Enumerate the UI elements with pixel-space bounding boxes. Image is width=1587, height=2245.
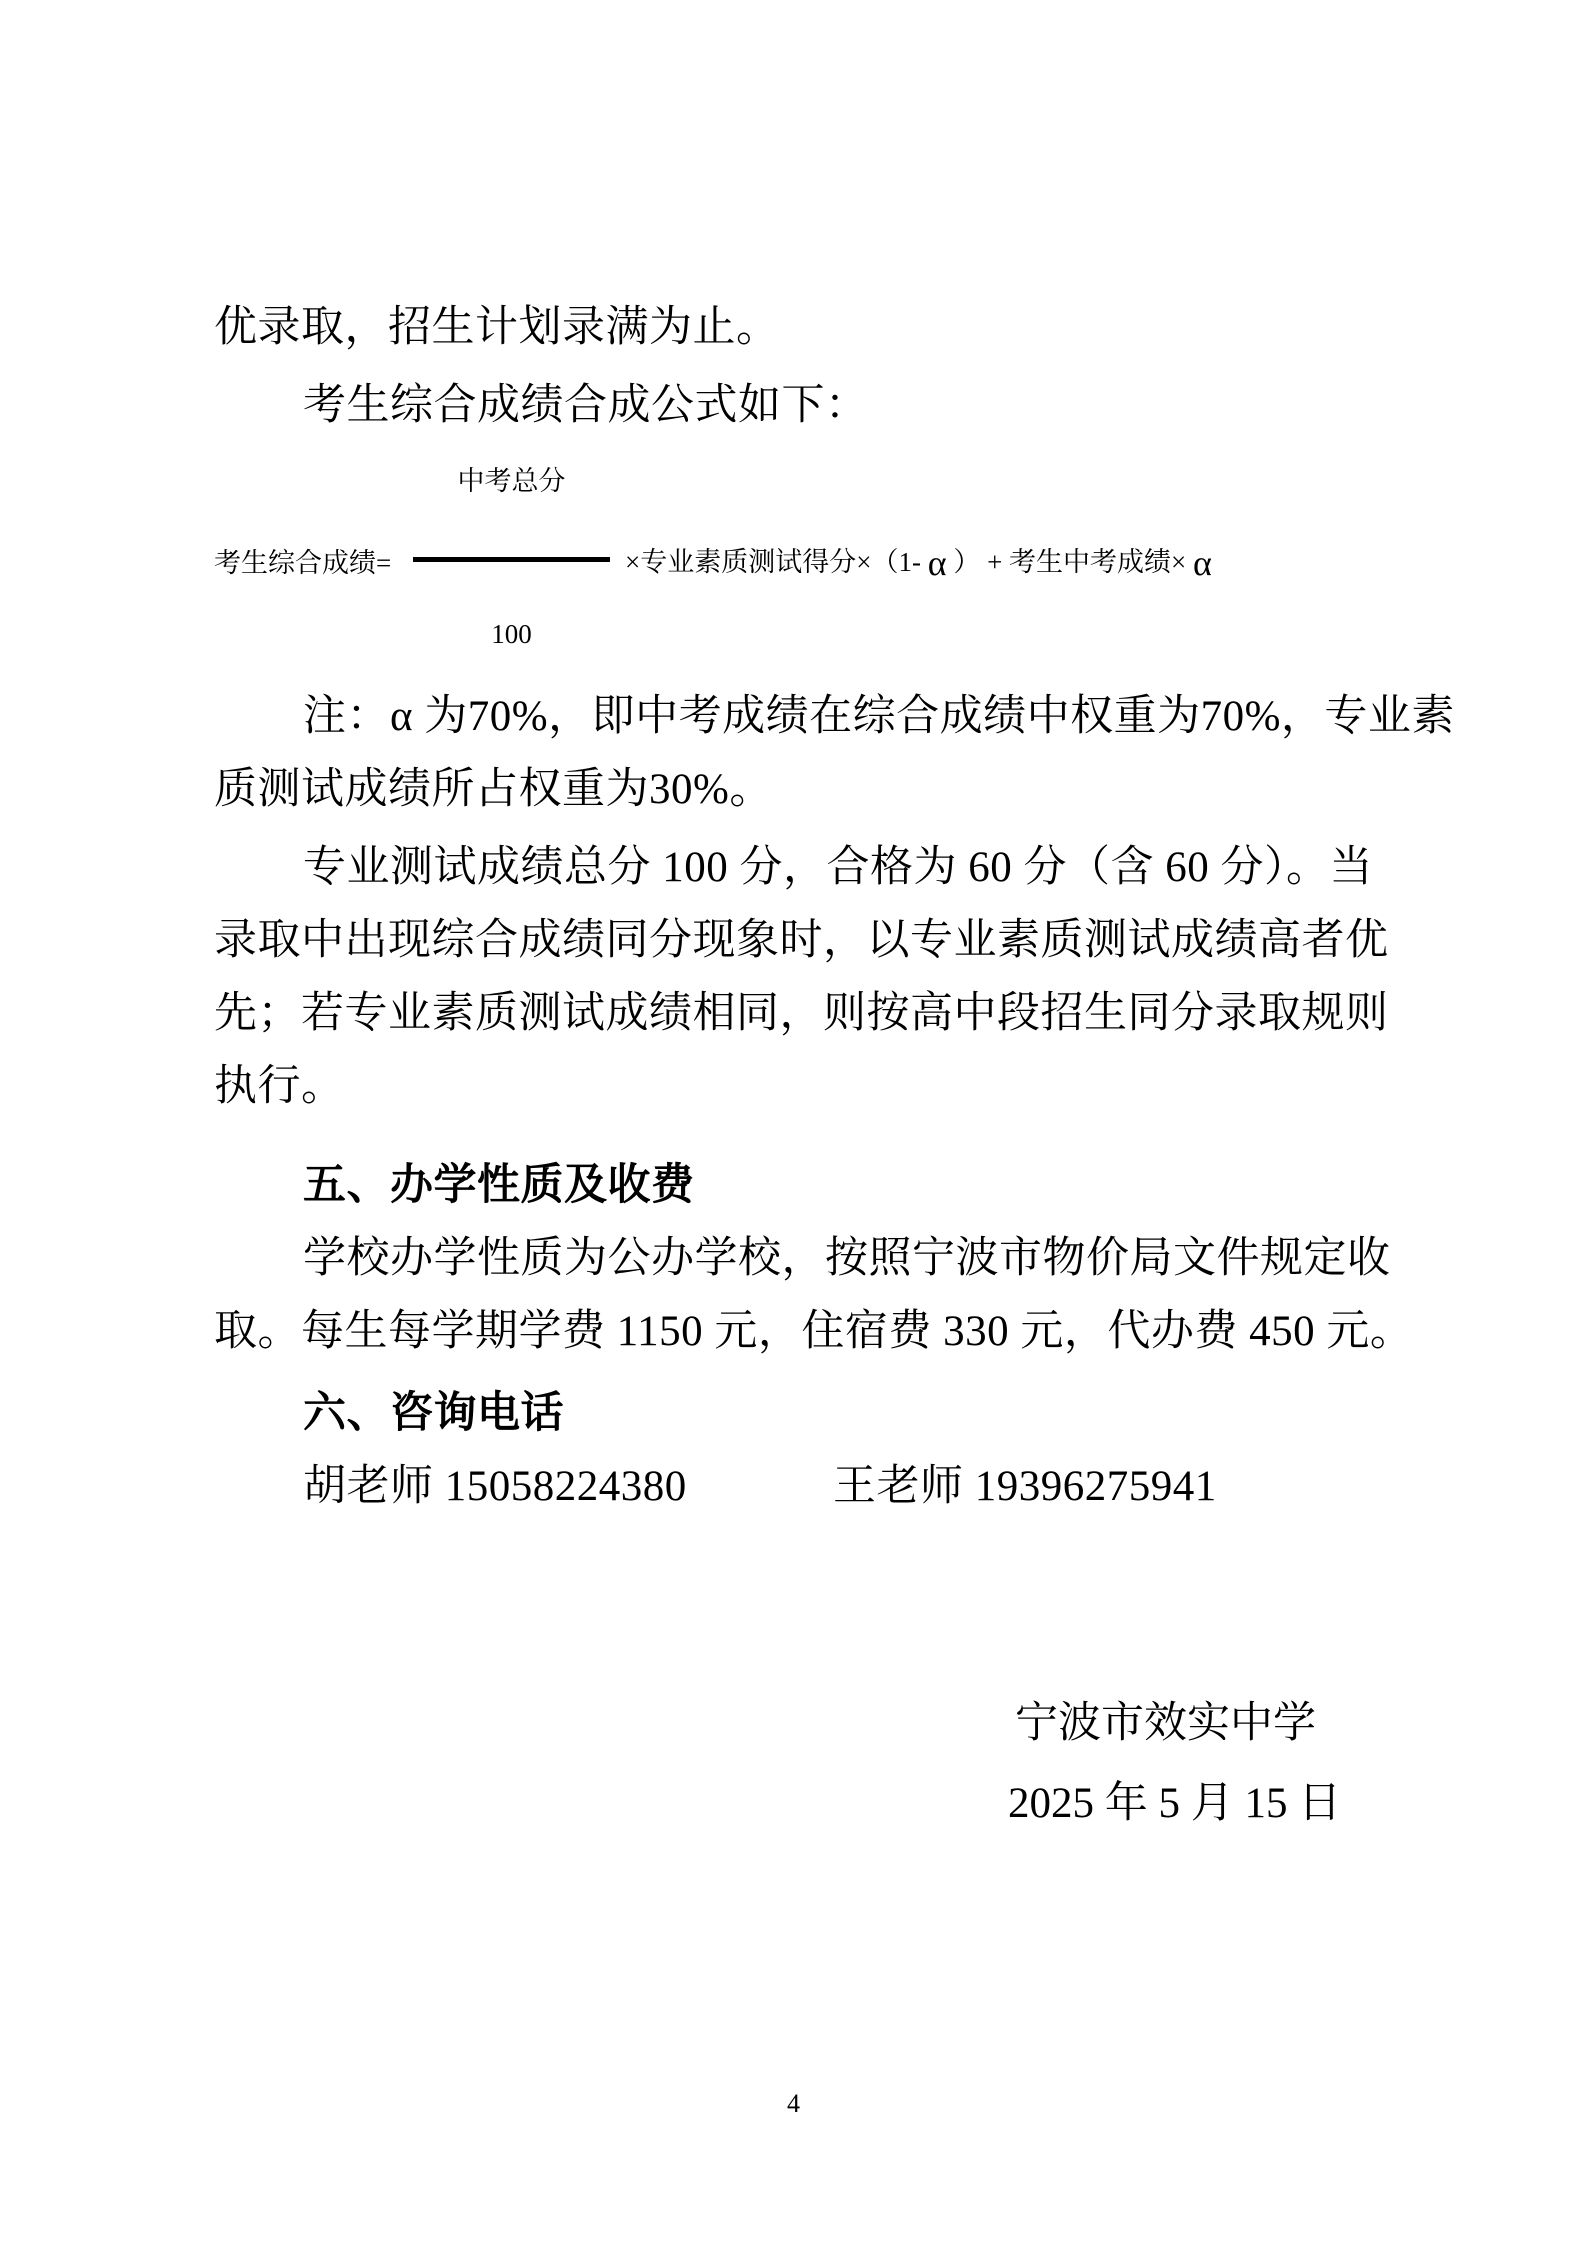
intro-line-2: 考生综合成绩合成公式如下： (303, 381, 869, 430)
section5-line-1: 学校办学性质为公办学校，按照宁波市物价局文件规定收 (303, 1234, 1391, 1283)
formula-lhs: 考生综合成绩= (214, 549, 391, 579)
formula-rhs-part1: ×专业素质测试得分×（1- (625, 547, 928, 577)
formula-rhs-part2: ） + 考生中考成绩× (947, 547, 1193, 577)
signature-school-name: 宁波市效实中学 (1015, 1699, 1316, 1748)
intro-line-1: 优录取，招生计划录满为止。 (214, 303, 780, 352)
contact-teacher-wang: 王老师 19396275941 (833, 1462, 1217, 1511)
document-page: 优录取，招生计划录满为止。 考生综合成绩合成公式如下： 中考总分 考生综合成绩=… (0, 0, 1587, 2245)
score-rules-line-3: 先；若专业素质测试成绩相同，则按高中段招生同分录取规则 (214, 989, 1389, 1038)
note-line-2: 质测试成绩所占权重为30%。 (214, 765, 773, 814)
note-line-1: 注：α 为70%，即中考成绩在综合成绩中权重为70%，专业素 (303, 692, 1455, 741)
score-rules-line-4: 执行。 (214, 1062, 345, 1111)
section5-heading: 五、办学性质及收费 (303, 1161, 695, 1210)
formula-denominator: 100 (413, 620, 610, 650)
section6-heading: 六、咨询电话 (303, 1389, 564, 1438)
page-number: 4 (0, 2090, 1587, 2119)
signature-date: 2025 年 5 月 15 日 (1008, 1779, 1341, 1828)
contact-teacher-hu: 胡老师 15058224380 (303, 1462, 687, 1511)
formula-alpha-2: α (1193, 543, 1212, 583)
formula-numerator: 中考总分 (413, 467, 610, 497)
section5-line-2: 取。每生每学期学费 1150 元，住宿费 330 元，代办费 450 元。 (214, 1307, 1413, 1356)
score-rules-line-2: 录取中出现综合成绩同分现象时，以专业素质测试成绩高者优 (214, 916, 1389, 965)
formula-rhs: ×专业素质测试得分×（1- α ） + 考生中考成绩× α (625, 545, 1212, 581)
fraction-bar (413, 557, 610, 562)
score-rules-line-1: 专业测试成绩总分 100 分，合格为 60 分（含 60 分）。当 (303, 843, 1373, 892)
formula-alpha-1: α (928, 543, 947, 583)
